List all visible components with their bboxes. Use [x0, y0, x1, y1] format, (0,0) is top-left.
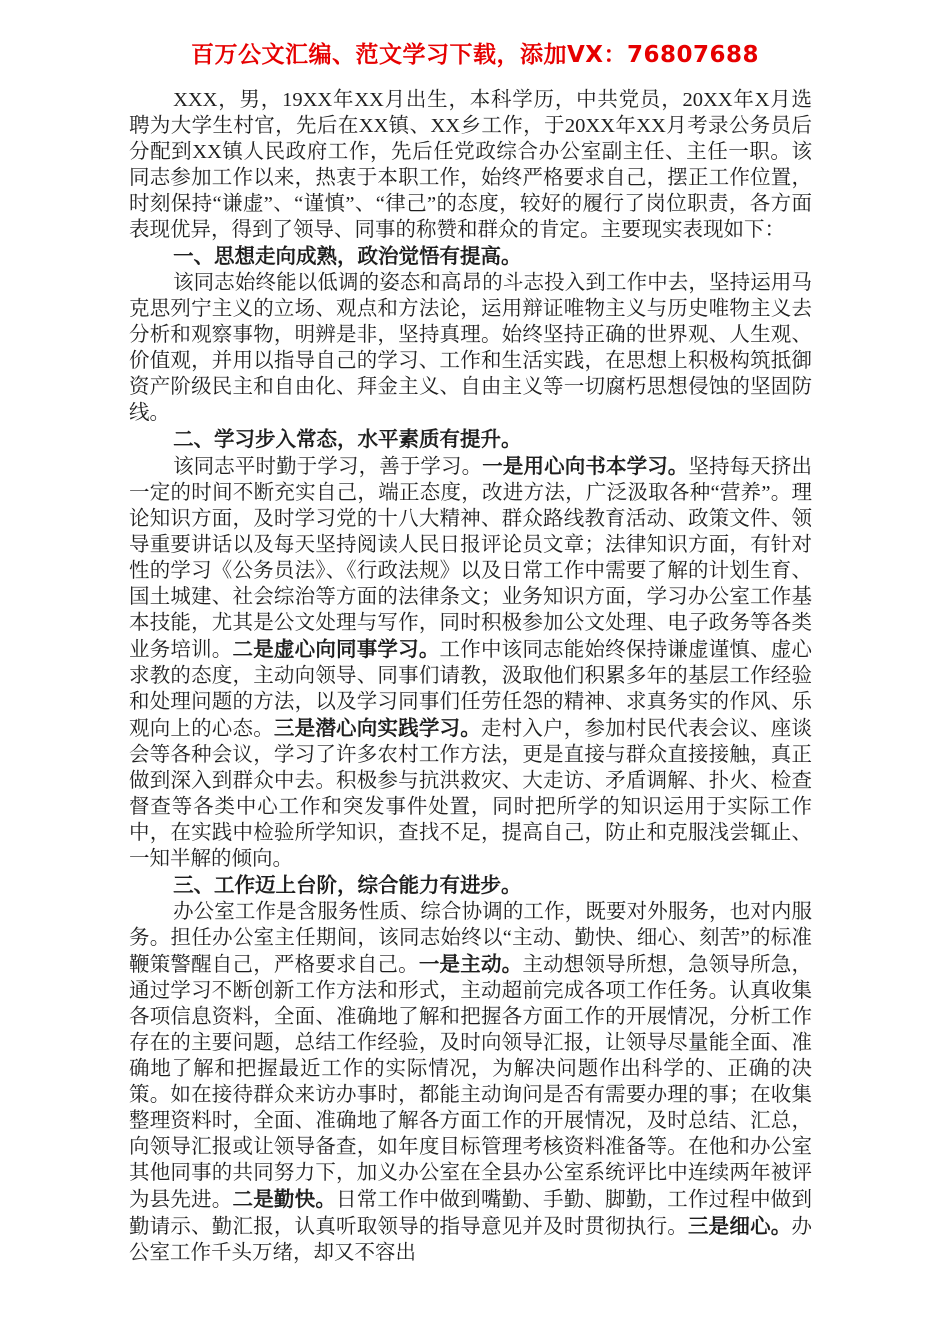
bold-subpoint-run: 一是主动。	[419, 952, 523, 976]
bold-subpoint-run: 二是虚心向同事学习。	[233, 637, 440, 661]
text-run: 该同志平时勤于学习，善于学习。	[173, 456, 482, 478]
section-heading-2: 二、学习步入常态，水平素质有提升。	[129, 426, 812, 453]
bold-subpoint-run: 三是潜心向实践学习。	[274, 716, 481, 740]
text-run: 该同志始终能以低调的姿态和高昂的斗志投入到工作中去，坚持运用马克思列宁主义的立场…	[129, 272, 812, 424]
section-heading-1: 一、思想走向成熟，政治觉悟有提高。	[129, 243, 812, 270]
bold-subpoint-run: 二是勤快。	[233, 1187, 337, 1211]
page-number: 1	[352, 1243, 376, 1263]
paragraph-section-3: 办公室工作是含服务性质、综合协调的工作，既要对外服务，也对内服务。担任办公室主任…	[129, 899, 812, 1266]
heading-run: 三、工作迈上台阶，综合能力有进步。	[173, 873, 522, 897]
text-run: 走村入户，参加村民代表会议、座谈会等各种会议，学习了许多农村工作方法，更是直接与…	[129, 718, 812, 870]
section-heading-3: 三、工作迈上台阶，综合能力有进步。	[129, 872, 812, 899]
heading-run: 二、学习步入常态，水平素质有提升。	[173, 427, 522, 451]
bold-subpoint-run: 一是用心向书本学习。	[482, 454, 688, 478]
paragraph-section-2: 该同志平时勤于学习，善于学习。一是用心向书本学习。坚持每天挤出一定的时间不断充实…	[129, 453, 812, 872]
text-run: 坚持每天挤出一定的时间不断充实自己，端正态度，改进方法，广泛汲取各种“营养”。理…	[129, 456, 812, 661]
text-run: 主动想领导所想，急领导所急，通过学习不断创新工作方法和形式，主动超前完成各项工作…	[129, 954, 812, 1211]
paragraph-section-1: 该同志始终能以低调的姿态和高昂的斗志投入到工作中去，坚持运用马克思列宁主义的立场…	[129, 270, 812, 426]
document-body: XXX，男，19XX年XX月出生，本科学历，中共党员，20XX年X月选聘为大学生…	[129, 87, 812, 1266]
document-page: 百万公文汇编、范文学习下载，添加VX：76807688 XXX，男，19XX年X…	[0, 0, 950, 1344]
paragraph-intro: XXX，男，19XX年XX月出生，本科学历，中共党员，20XX年X月选聘为大学生…	[129, 87, 812, 243]
heading-run: 一、思想走向成熟，政治觉悟有提高。	[173, 244, 522, 268]
bold-subpoint-run: 三是细心。	[688, 1214, 792, 1238]
text-run: XXX，男，19XX年XX月出生，本科学历，中共党员，20XX年X月选聘为大学生…	[129, 89, 812, 241]
promo-header-text: 百万公文汇编、范文学习下载，添加VX：76807688	[0, 41, 950, 69]
